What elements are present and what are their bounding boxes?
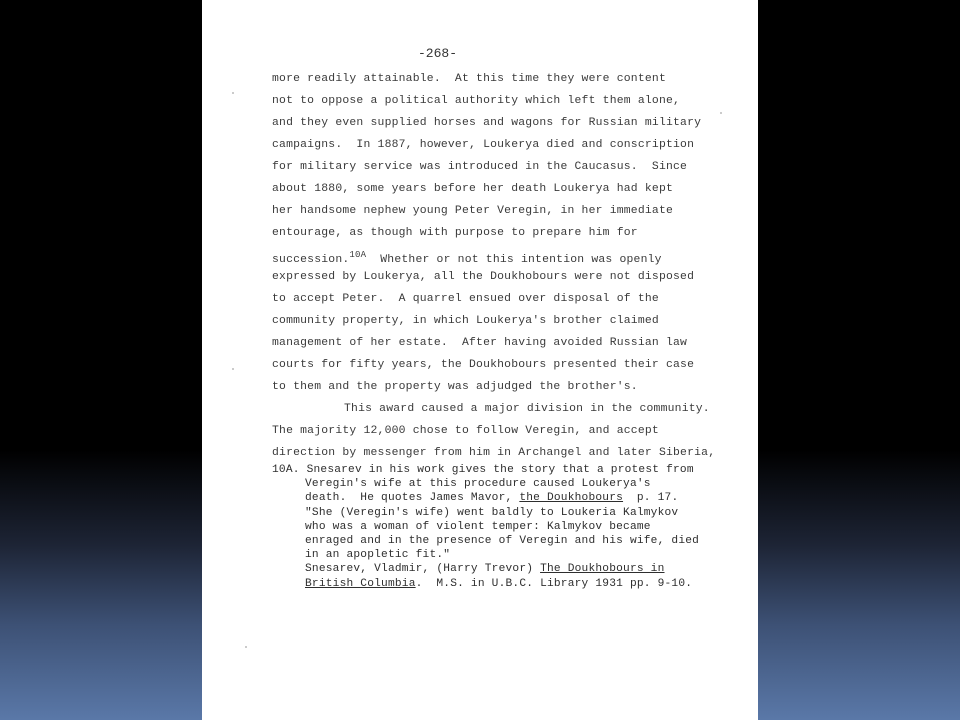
footnote-reference: 10A — [349, 250, 366, 260]
body-line: more readily attainable. At this time th… — [272, 68, 715, 90]
body-line-paragraph-start: This award caused a major division in th… — [272, 398, 715, 420]
footnote-line: 10A. Snesarev in his work gives the stor… — [272, 463, 699, 477]
body-line: her handsome nephew young Peter Veregin,… — [272, 200, 715, 222]
footnote-line: Snesarev, Vladmir, (Harry Trevor) The Do… — [272, 562, 699, 576]
scan-speck — [232, 92, 234, 94]
footnote-text: Snesarev, Vladmir, (Harry Trevor) — [305, 563, 540, 575]
scan-speck — [720, 112, 722, 114]
body-line: and they even supplied horses and wagons… — [272, 112, 715, 134]
body-line: management of her estate. After having a… — [272, 332, 715, 354]
footnote-line: in an apopletic fit." — [272, 548, 699, 562]
footnote-text: Snesarev in his work gives the story tha… — [307, 464, 694, 476]
body-line: campaigns. In 1887, however, Loukerya di… — [272, 134, 715, 156]
body-line: to accept Peter. A quarrel ensued over d… — [272, 288, 715, 310]
footnote-line: death. He quotes James Mavor, the Doukho… — [272, 491, 699, 505]
body-line: direction by messenger from him in Archa… — [272, 442, 715, 464]
footnote: 10A. Snesarev in his work gives the stor… — [272, 463, 699, 591]
footnote-label: 10A. — [272, 464, 300, 476]
body-text: more readily attainable. At this time th… — [272, 68, 715, 464]
footnote-line: enraged and in the presence of Veregin a… — [272, 534, 699, 548]
body-line-text: succession. — [272, 254, 349, 266]
body-line: to them and the property was adjudged th… — [272, 376, 715, 398]
body-line-text: Whether or not this intention was openly — [366, 254, 662, 266]
footnote-text: . M.S. in U.B.C. Library 1931 pp. 9-10. — [416, 578, 693, 590]
body-line: not to oppose a political authority whic… — [272, 90, 715, 112]
body-line-with-footnote-ref: succession.10A Whether or not this inten… — [272, 244, 715, 266]
body-line: entourage, as though with purpose to pre… — [272, 222, 715, 244]
body-line: about 1880, some years before her death … — [272, 178, 715, 200]
footnote-line: who was a woman of violent temper: Kalmy… — [272, 520, 699, 534]
body-line: The majority 12,000 chose to follow Vere… — [272, 420, 715, 442]
body-line: for military service was introduced in t… — [272, 156, 715, 178]
footnote-text: death. He quotes James Mavor, — [305, 492, 519, 504]
cited-title: British Columbia — [305, 578, 416, 590]
footnote-line: Veregin's wife at this procedure caused … — [272, 477, 699, 491]
body-line: community property, in which Loukerya's … — [272, 310, 715, 332]
body-line: courts for fifty years, the Doukhobours … — [272, 354, 715, 376]
scan-speck — [232, 368, 234, 370]
scan-speck — [245, 646, 247, 648]
cited-title: the Doukhobours — [519, 492, 623, 504]
body-line: expressed by Loukerya, all the Doukhobou… — [272, 266, 715, 288]
page-number: -268- — [418, 46, 457, 61]
footnote-text: p. 17. — [623, 492, 678, 504]
cited-title: The Doukhobours in — [540, 563, 664, 575]
footnote-line: British Columbia. M.S. in U.B.C. Library… — [272, 577, 699, 591]
footnote-line: "She (Veregin's wife) went baldly to Lou… — [272, 506, 699, 520]
